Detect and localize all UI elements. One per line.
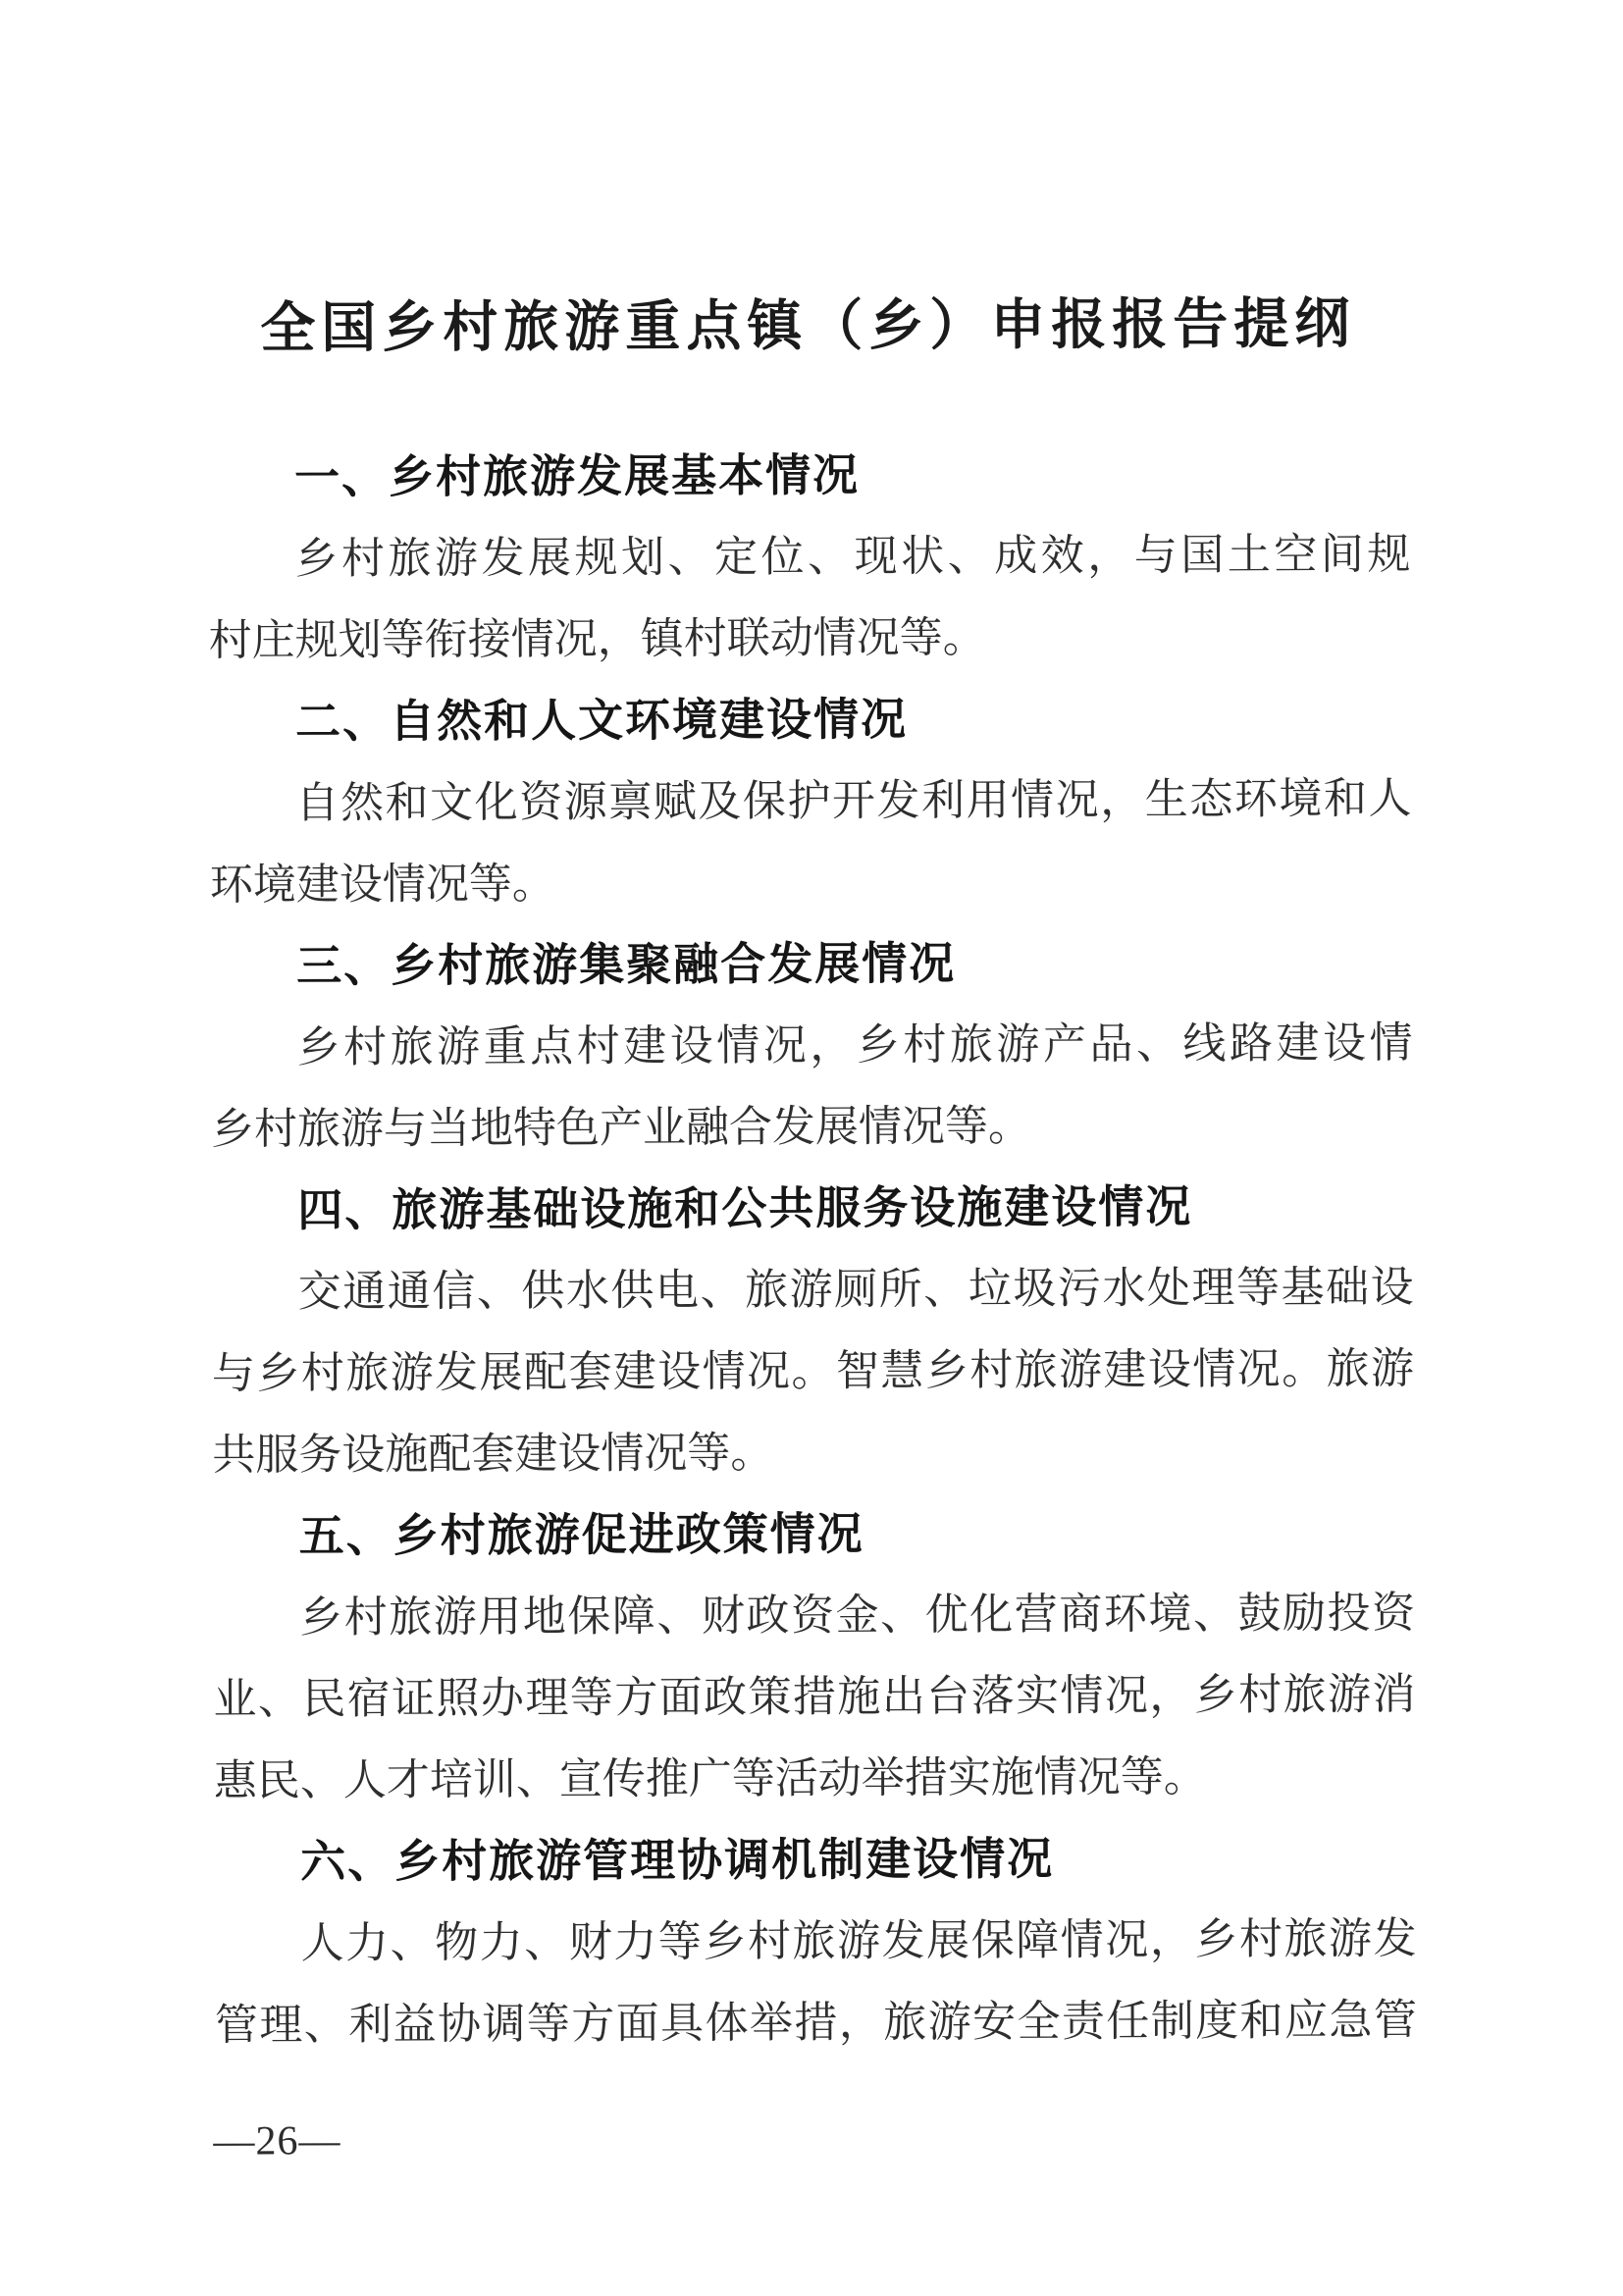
section-5-line-3: 惠民、人才培训、宣传推广等活动举措实施情况等。: [214, 1735, 1416, 1821]
document-title: 全国乡村旅游重点镇（乡）申报报告提纲: [0, 287, 1619, 364]
scanned-sheet: 全国乡村旅游重点镇（乡）申报报告提纲 一、乡村旅游发展基本情况 乡村旅游发展规划…: [0, 0, 1623, 2296]
section-2-line-1: 自然和文化资源禀赋及保护开发利用情况，生态环境和人居: [209, 757, 1411, 844]
section-5-line-1: 乡村旅游用地保障、财政资金、优化营商环境、鼓励投资创: [213, 1572, 1415, 1658]
section-3-heading: 三、乡村旅游集聚融合发展情况: [210, 920, 1412, 1007]
document-body: 一、乡村旅游发展基本情况 乡村旅游发展规划、定位、现状、成效，与国土空间规划、 …: [208, 432, 1417, 2065]
section-4-line-1: 交通通信、供水供电、旅游厕所、垃圾污水处理等基础设施: [211, 1246, 1413, 1332]
section-4-line-3: 共服务设施配套建设情况等。: [212, 1409, 1414, 1495]
section-1-line-1: 乡村旅游发展规划、定位、现状、成效，与国土空间规划、: [208, 513, 1410, 600]
section-2-heading: 二、自然和人文环境建设情况: [209, 676, 1411, 762]
section-6-line-2: 管理、利益协调等方面具体举措，旅游安全责任制度和应急管理: [215, 1979, 1417, 2065]
document-page: 全国乡村旅游重点镇（乡）申报报告提纲 一、乡村旅游发展基本情况 乡村旅游发展规划…: [0, 0, 1623, 2296]
section-6-line-1: 人力、物力、财力等乡村旅游发展保障情况，乡村旅游发展: [214, 1898, 1416, 1984]
section-1-heading: 一、乡村旅游发展基本情况: [208, 432, 1410, 518]
section-3-line-1: 乡村旅游重点村建设情况，乡村旅游产品、线路建设情况，: [210, 1002, 1412, 1088]
section-3-line-2: 乡村旅游与当地特色产业融合发展情况等。: [211, 1083, 1413, 1170]
page-number: —26—: [213, 2117, 340, 2166]
section-4-line-2: 与乡村旅游发展配套建设情况。智慧乡村旅游建设情况。旅游公: [212, 1328, 1414, 1414]
section-4-heading: 四、旅游基础设施和公共服务设施建设情况: [211, 1165, 1413, 1251]
section-5-line-2: 业、民宿证照办理等方面政策措施出台落实情况，乡村旅游消费: [213, 1653, 1415, 1740]
section-2-line-2: 环境建设情况等。: [210, 839, 1412, 925]
section-6-heading: 六、乡村旅游管理协调机制建设情况: [214, 1816, 1416, 1903]
section-1-line-2: 村庄规划等衔接情况，镇村联动情况等。: [209, 595, 1411, 681]
section-5-heading: 五、乡村旅游促进政策情况: [213, 1490, 1415, 1577]
